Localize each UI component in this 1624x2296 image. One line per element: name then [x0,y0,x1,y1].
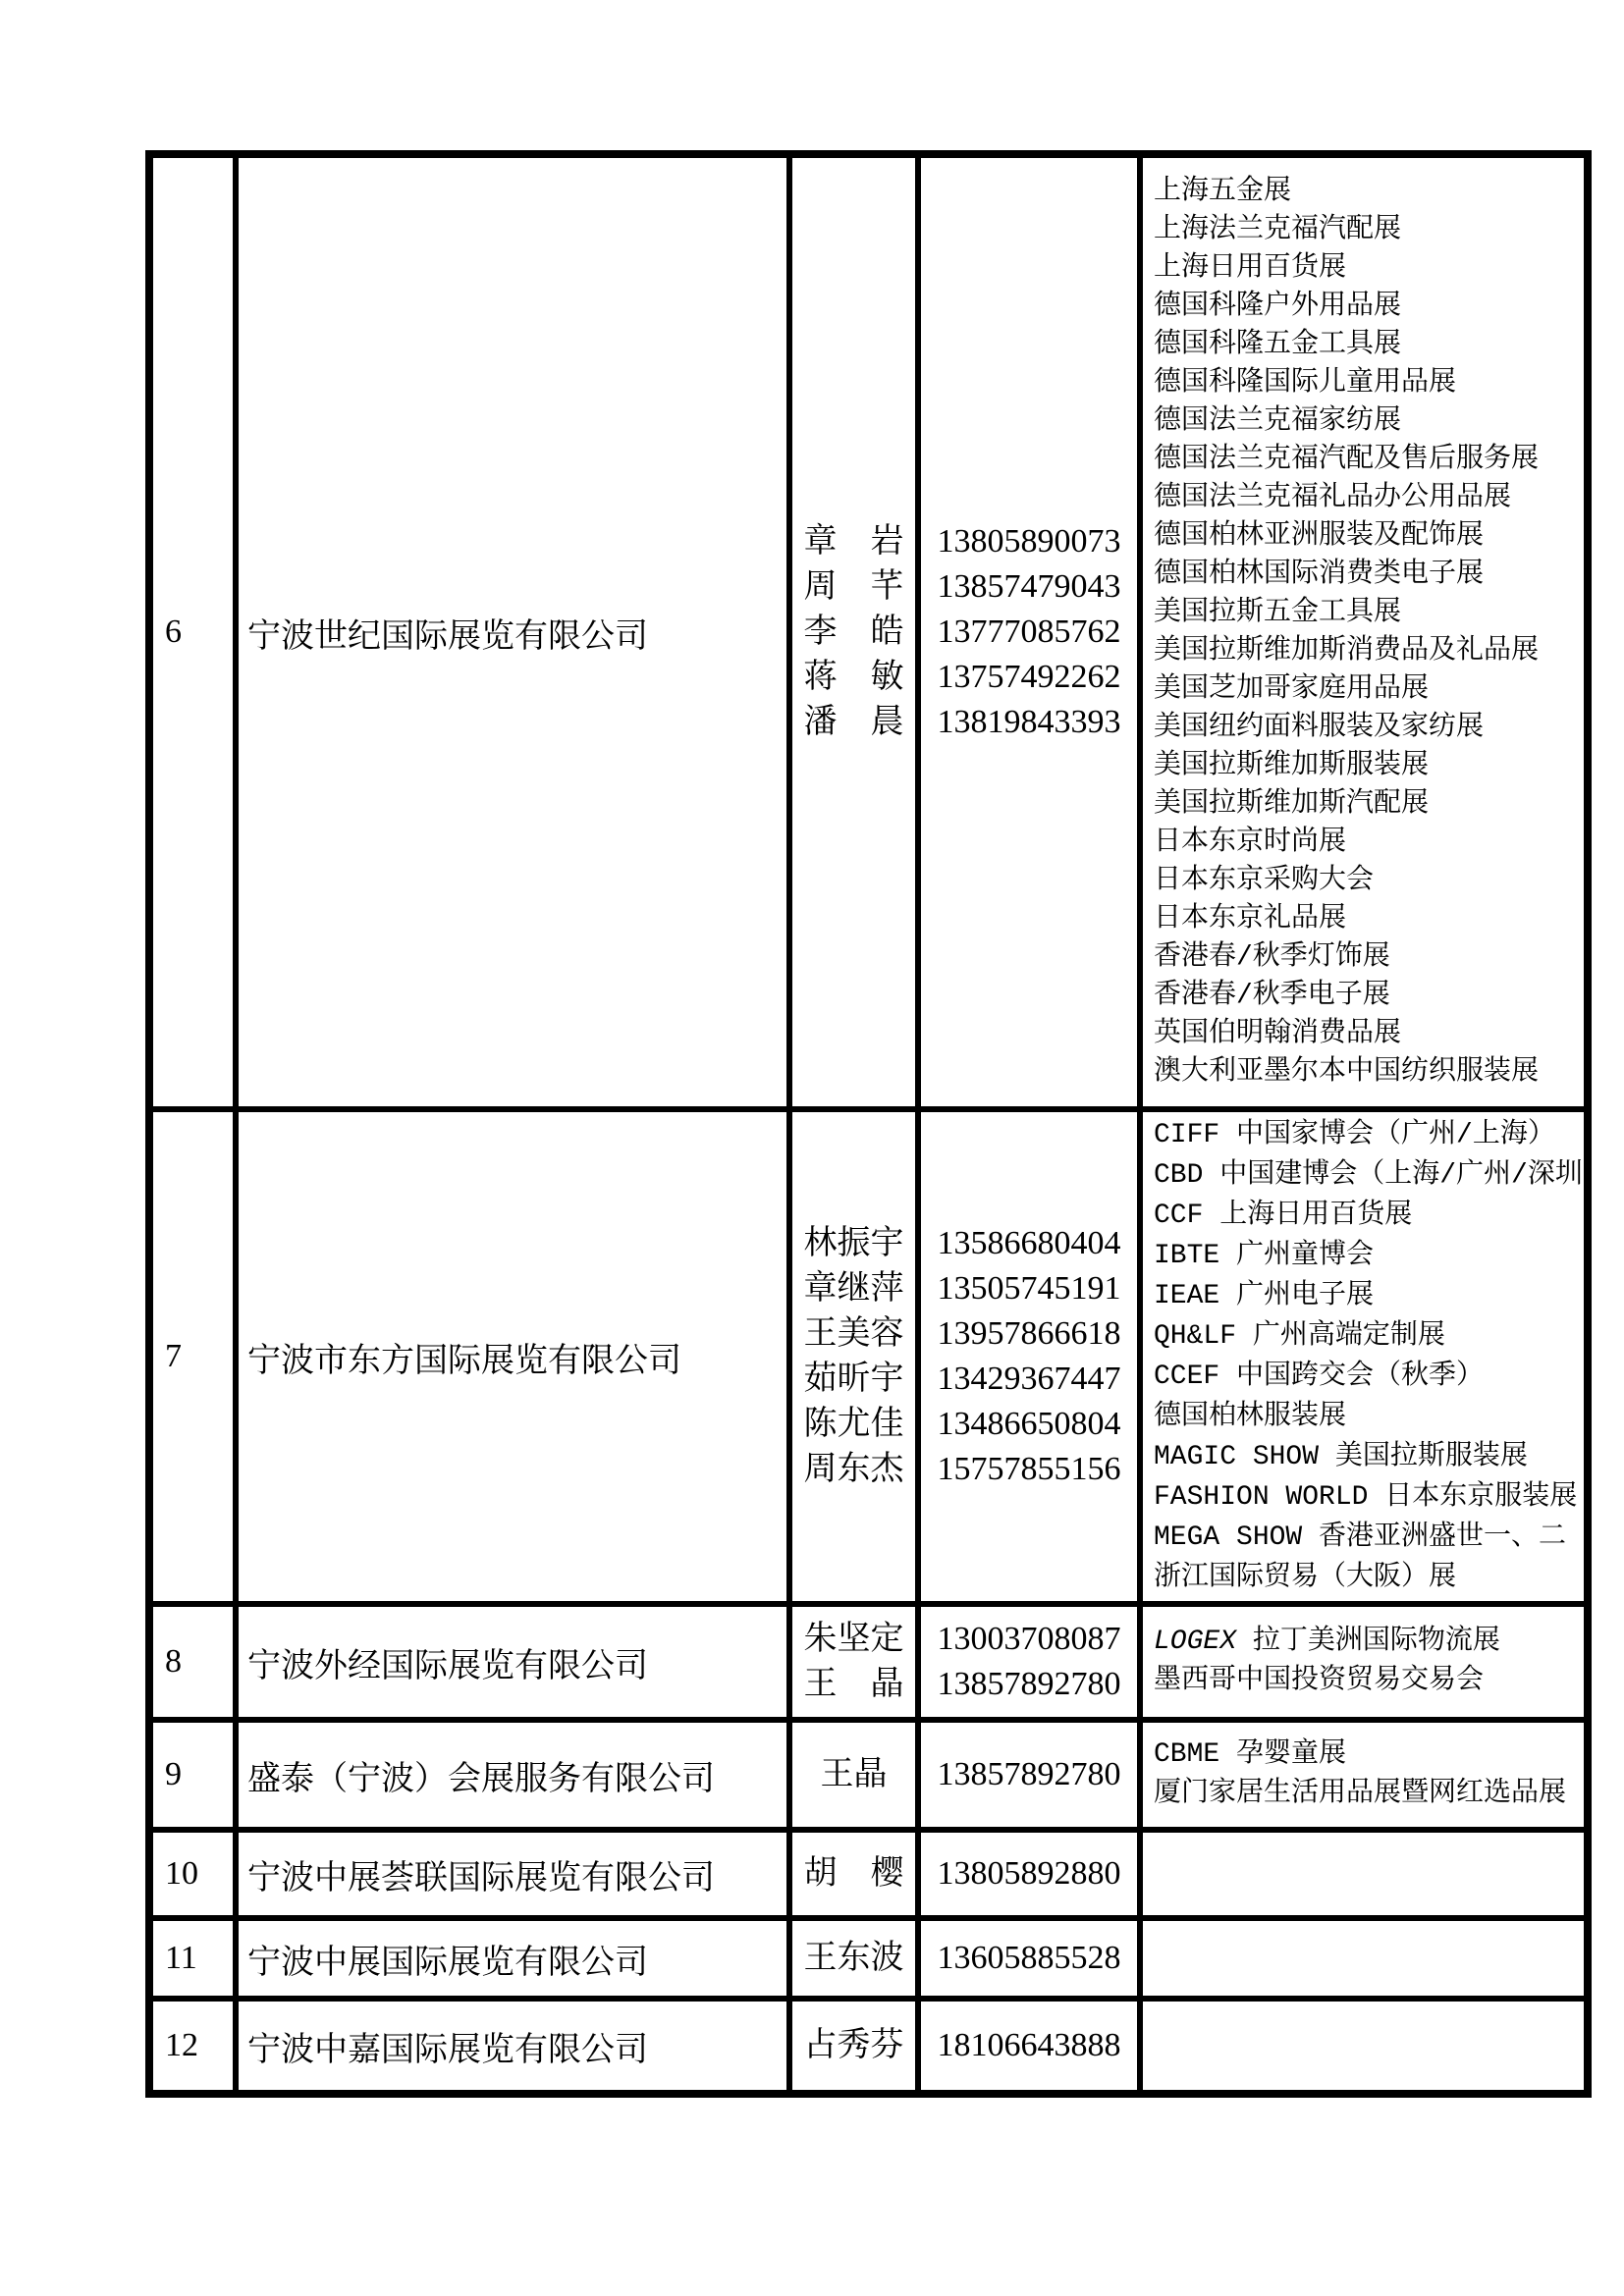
exhibition-item: 美国拉斯维加斯消费品及礼品展 [1154,632,1582,670]
exhibition-item: 日本东京时尚展 [1154,824,1582,862]
contact-name: 陈尤佳 [792,1402,915,1447]
exhibitions-cell: 上海五金展上海法兰克福汽配展上海日用百货展德国科隆户外用品展德国科隆五金工具展德… [1140,154,1588,1109]
contacts-cell: 王晶 [789,1720,918,1830]
table-body: 6宁波世纪国际展览有限公司章 岩周 芊李 皓蒋 敏潘 晨138058900731… [149,154,1588,2094]
exhibition-item: CCF 上海日用百货展 [1154,1196,1582,1236]
contact-name: 王晶 [792,1752,915,1797]
exhibition-item: IEAE 广州电子展 [1154,1276,1582,1316]
contact-name: 占秀芬 [792,2023,915,2068]
exhibition-item: CIFF 中国家博会（广州/上海） [1154,1115,1582,1155]
exhibitions-cell: CBME 孕婴童展厦门家居生活用品展暨网红选品展 [1140,1720,1588,1830]
phone-number: 13757492262 [921,655,1137,700]
exhibition-company-contact-table: 6宁波世纪国际展览有限公司章 岩周 芊李 皓蒋 敏潘 晨138058900731… [145,150,1592,2098]
phone-number: 13505745191 [921,1266,1137,1311]
phones-cell: 13605885528 [918,1918,1140,1999]
phone-number: 13777085762 [921,610,1137,655]
exhibition-item: 德国法兰克福家纺展 [1154,402,1582,441]
exhibition-item: 香港春/秋季灯饰展 [1154,938,1582,977]
exhibition-item: 美国芝加哥家庭用品展 [1154,670,1582,709]
contact-name: 王美容 [792,1311,915,1357]
company-name-cell: 宁波世纪国际展览有限公司 [236,154,789,1109]
exhibition-item: MEGA SHOW 香港亚洲盛世一、二 [1154,1518,1582,1558]
contact-name: 林振宇 [792,1221,915,1266]
exhibition-item: 美国纽约面料服装及家纺展 [1154,709,1582,747]
phone-number: 13805890073 [921,519,1137,564]
exhibition-item: 德国柏林服装展 [1154,1397,1582,1437]
document-page: 6宁波世纪国际展览有限公司章 岩周 芊李 皓蒋 敏潘 晨138058900731… [0,0,1624,2296]
exhibition-item: 德国科隆五金工具展 [1154,326,1582,364]
exhibition-item: 上海法兰克福汽配展 [1154,211,1582,249]
exhibition-item: FASHION WORLD 日本东京服装展 [1154,1477,1582,1518]
table-row: 7宁波市东方国际展览有限公司林振宇章继萍王美容茹昕宇陈尤佳周东杰13586680… [149,1109,1588,1604]
exhibition-item-text: 拉丁美洲国际物流展 [1236,1627,1500,1657]
company-name-cell: 宁波市东方国际展览有限公司 [236,1109,789,1604]
table-row: 9盛泰（宁波）会展服务有限公司王晶13857892780CBME 孕婴童展厦门家… [149,1720,1588,1830]
phone-number: 13586680404 [921,1221,1137,1266]
exhibition-item: 德国科隆国际儿童用品展 [1154,364,1582,402]
exhibition-item: 德国法兰克福礼品办公用品展 [1154,479,1582,517]
exhibition-item: 上海日用百货展 [1154,249,1582,288]
phone-number: 13486650804 [921,1402,1137,1447]
phone-number: 15757855156 [921,1447,1137,1492]
exhibitions-cell: CIFF 中国家博会（广州/上海）CBD 中国建博会（上海/广州/深圳）CCF … [1140,1109,1588,1604]
table-row: 8宁波外经国际展览有限公司朱坚定王 晶130037080871385789278… [149,1604,1588,1720]
table-row: 10宁波中展荟联国际展览有限公司胡 樱13805892880 [149,1830,1588,1918]
exhibition-item: LOGEX 拉丁美洲国际物流展 [1154,1623,1582,1662]
exhibition-item: 墨西哥中国投资贸易交易会 [1154,1662,1582,1701]
company-name-cell: 宁波中嘉国际展览有限公司 [236,1999,789,2094]
row-number-cell: 9 [149,1720,236,1830]
exhibition-item: 日本东京采购大会 [1154,862,1582,900]
phone-number: 13429367447 [921,1357,1137,1402]
exhibition-item: 美国拉斯五金工具展 [1154,594,1582,632]
row-number-cell: 10 [149,1830,236,1918]
exhibition-item: 浙江国际贸易（大阪）展 [1154,1558,1582,1598]
phones-cell: 1358668040413505745191139578666181342936… [918,1109,1140,1604]
contacts-cell: 胡 樱 [789,1830,918,1918]
exhibition-item: 德国柏林亚洲服装及配饰展 [1154,517,1582,556]
exhibition-item: 上海五金展 [1154,173,1582,211]
company-name-cell: 宁波中展国际展览有限公司 [236,1918,789,1999]
contacts-cell: 章 岩周 芊李 皓蒋 敏潘 晨 [789,154,918,1109]
exhibition-item: MAGIC SHOW 美国拉斯服装展 [1154,1437,1582,1477]
exhibition-item: IBTE 广州童博会 [1154,1236,1582,1276]
exhibition-item: 德国柏林国际消费类电子展 [1154,556,1582,594]
phone-number: 13857892780 [921,1662,1137,1707]
exhibition-item: 德国科隆户外用品展 [1154,288,1582,326]
phone-number: 13605885528 [921,1936,1137,1981]
contacts-cell: 朱坚定王 晶 [789,1604,918,1720]
exhibition-item: 德国法兰克福汽配及售后服务展 [1154,441,1582,479]
exhibition-item: 英国伯明翰消费品展 [1154,1015,1582,1053]
row-number-cell: 11 [149,1918,236,1999]
phone-number: 13819843393 [921,700,1137,745]
exhibition-item: CBD 中国建博会（上海/广州/深圳） [1154,1155,1582,1196]
exhibition-item: 澳大利亚墨尔本中国纺织服装展 [1154,1053,1582,1092]
company-name-cell: 盛泰（宁波）会展服务有限公司 [236,1720,789,1830]
contact-name: 茹昕宇 [792,1357,915,1402]
exhibition-item: 美国拉斯维加斯服装展 [1154,747,1582,785]
exhibition-item: CCEF 中国跨交会（秋季） [1154,1357,1582,1397]
row-number-cell: 6 [149,154,236,1109]
row-number-cell: 12 [149,1999,236,2094]
row-number-cell: 8 [149,1604,236,1720]
contact-name: 王东波 [792,1936,915,1981]
exhibitions-cell [1140,1999,1588,2094]
contact-name: 朱坚定 [792,1617,915,1662]
exhibition-item: CBME 孕婴童展 [1154,1735,1582,1775]
exhibition-item: 厦门家居生活用品展暨网红选品展 [1154,1775,1582,1814]
contact-name: 蒋 敏 [792,655,915,700]
phones-cell: 13857892780 [918,1720,1140,1830]
exhibitions-cell [1140,1918,1588,1999]
phones-cell: 18106643888 [918,1999,1140,2094]
exhibition-item: 日本东京礼品展 [1154,900,1582,938]
phones-cell: 1380589007313857479043137770857621375749… [918,154,1140,1109]
contact-name: 周东杰 [792,1447,915,1492]
phone-number: 13003708087 [921,1617,1137,1662]
exhibition-item: 香港春/秋季电子展 [1154,977,1582,1015]
exhibition-item: 美国拉斯维加斯汽配展 [1154,785,1582,824]
contacts-cell: 占秀芬 [789,1999,918,2094]
table-row: 6宁波世纪国际展览有限公司章 岩周 芊李 皓蒋 敏潘 晨138058900731… [149,154,1588,1109]
row-number-cell: 7 [149,1109,236,1604]
contact-name: 周 芊 [792,564,915,610]
exhibition-item: QH&LF 广州高端定制展 [1154,1316,1582,1357]
contact-name: 章 岩 [792,519,915,564]
company-name-cell: 宁波中展荟联国际展览有限公司 [236,1830,789,1918]
contact-name: 胡 樱 [792,1851,915,1896]
phones-cell: 13805892880 [918,1830,1140,1918]
phones-cell: 1300370808713857892780 [918,1604,1140,1720]
contacts-cell: 王东波 [789,1918,918,1999]
exhibitions-cell [1140,1830,1588,1918]
contact-name: 李 皓 [792,610,915,655]
exhibitions-cell: LOGEX 拉丁美洲国际物流展墨西哥中国投资贸易交易会 [1140,1604,1588,1720]
contacts-cell: 林振宇章继萍王美容茹昕宇陈尤佳周东杰 [789,1109,918,1604]
contact-name: 潘 晨 [792,700,915,745]
exhibition-item-latin-emphasis: LOGEX [1154,1627,1236,1657]
contact-name: 王 晶 [792,1662,915,1707]
contact-name: 章继萍 [792,1266,915,1311]
table-row: 11宁波中展国际展览有限公司王东波13605885528 [149,1918,1588,1999]
phone-number: 13857479043 [921,564,1137,610]
table-row: 12宁波中嘉国际展览有限公司占秀芬18106643888 [149,1999,1588,2094]
phone-number: 18106643888 [921,2023,1137,2068]
phone-number: 13805892880 [921,1851,1137,1896]
phone-number: 13857892780 [921,1752,1137,1797]
phone-number: 13957866618 [921,1311,1137,1357]
company-name-cell: 宁波外经国际展览有限公司 [236,1604,789,1720]
